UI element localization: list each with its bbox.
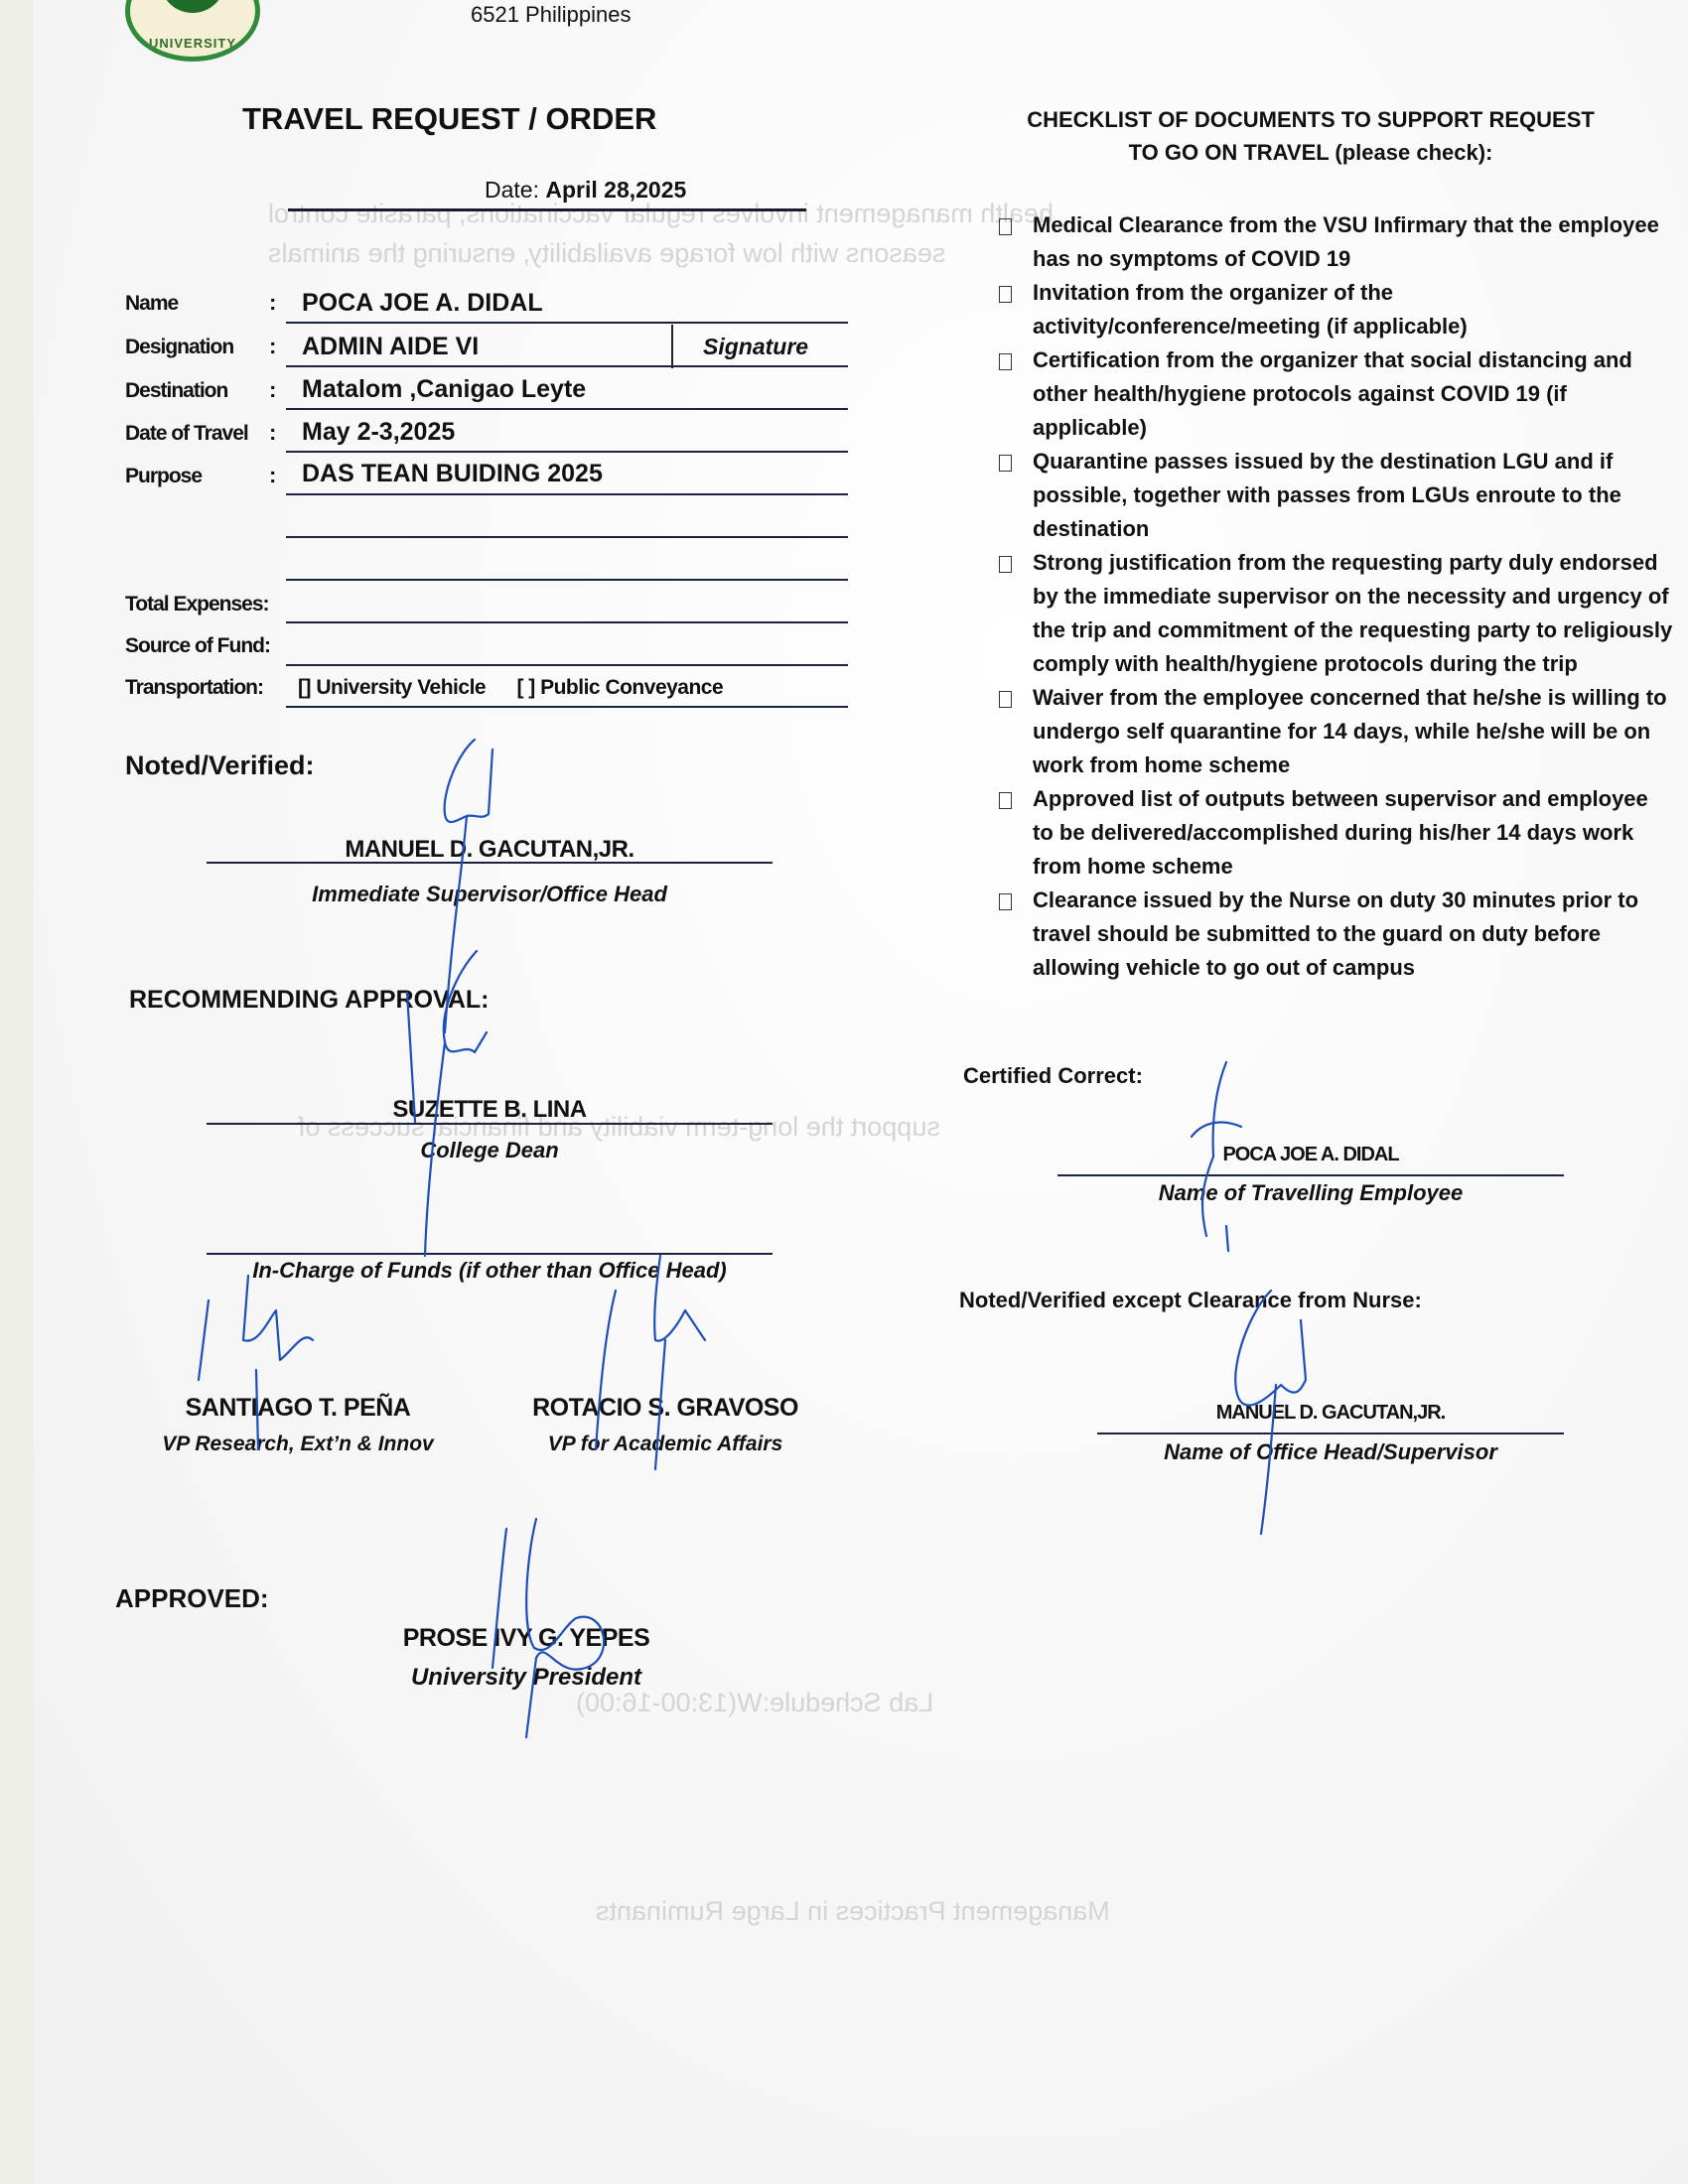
noted-verified-heading: Noted/Verified: [125,751,315,781]
dean-signature-line[interactable] [207,1123,773,1125]
office-head-signature-line[interactable] [1097,1433,1564,1434]
vp-research-signature-icon [189,1271,328,1459]
employee-name: POCA JOE A. DIDAL [1057,1144,1564,1166]
president-role: University President [377,1664,675,1692]
funds-incharge-role: In-Charge of Funds (if other than Office… [207,1258,773,1284]
university-vehicle-checkbox[interactable]: [] University Vehicle [298,676,486,699]
public-conveyance-checkbox[interactable]: [ ] Public Conveyance [516,676,723,699]
noted-except-nurse-heading: Noted/Verified except Clearance from Nur… [959,1288,1422,1313]
destination-value[interactable]: Matalom ,Canigao Leyte [302,375,586,404]
office-head-role: Name of Office Head/Supervisor [1097,1439,1564,1465]
office-head-name: MANUEL D. GACUTAN,JR. [1097,1402,1564,1425]
signature-label: Signature [703,334,808,360]
checklist-item-justification[interactable]: Strong justification from the requesting… [999,546,1674,681]
header-address: 6521 Philippines [471,2,631,28]
certified-correct-heading: Certified Correct: [963,1063,1143,1089]
date-of-travel-label: Date of Travel [125,422,248,446]
supervisor-role: Immediate Supervisor/Office Head [207,882,773,907]
transportation-underline [286,706,848,708]
signature-divider [671,325,673,368]
supervisor-name: MANUEL D. GACUTAN,JR. [207,836,773,864]
checkbox-icon[interactable] [999,353,1012,370]
destination-label: Destination [125,379,227,403]
employee-role: Name of Travelling Employee [1057,1180,1564,1206]
seal-text: UNIVERSITY [149,36,236,51]
colon: : [269,290,276,316]
source-of-fund-underline [286,664,848,666]
recommending-approval-heading: RECOMMENDING APPROVAL: [129,986,490,1015]
colon: : [269,420,276,446]
source-of-fund-label: Source of Fund: [125,634,270,658]
colon: : [269,377,276,403]
purpose-underline-2 [286,536,848,538]
date-of-travel-value[interactable]: May 2-3,2025 [302,418,455,447]
checkbox-icon[interactable] [999,792,1012,809]
transportation-options: [] University Vehicle [ ] Public Conveya… [298,676,749,700]
colon: : [269,463,276,488]
checkbox-icon[interactable] [999,455,1012,472]
checkbox-icon[interactable] [999,691,1012,708]
supervisor-signature-line[interactable] [207,862,773,864]
checklist-item-certification[interactable]: Certification from the organizer that so… [999,343,1674,445]
checklist-item-medical-clearance[interactable]: Medical Clearance from the VSU Infirmary… [999,208,1674,276]
vp-academic-role: VP for Academic Affairs [506,1433,824,1456]
destination-underline [286,408,848,410]
name-underline [286,322,848,324]
purpose-label: Purpose [125,465,202,488]
form-title: TRAVEL REQUEST / ORDER [242,101,656,137]
employee-signature-icon [1172,1057,1251,1276]
purpose-underline [286,493,848,495]
checklist-item-nurse-clearance[interactable]: Clearance issued by the Nurse on duty 30… [999,884,1674,985]
date-field[interactable]: Date: April 28,2025 [485,177,686,204]
total-expenses-underline [286,621,848,623]
bleed-through-text: Lab Schedule:W(13:00-16:00) [576,1688,933,1718]
name-label: Name [125,292,178,316]
travel-request-document: health management involves regular vacci… [0,0,1688,2184]
funds-signature-line[interactable] [207,1253,773,1255]
dean-role: College Dean [207,1138,773,1163]
scan-edge [0,0,34,2184]
vp-academic-name: ROTACIO S. GRAVOSO [506,1394,824,1423]
designation-value[interactable]: ADMIN AIDE VI [302,333,479,361]
president-name: PROSE IVY G. YEPES [377,1624,675,1653]
colon: : [269,334,276,359]
total-expenses-label: Total Expenses: [125,593,269,616]
approved-heading: APPROVED: [115,1583,269,1614]
checklist-title-line2: TO GO ON TRAVEL (please check): [993,136,1628,169]
checkbox-icon[interactable] [999,893,1012,910]
checklist-item-waiver[interactable]: Waiver from the employee concerned that … [999,681,1674,782]
checklist-title: CHECKLIST OF DOCUMENTS TO SUPPORT REQUES… [993,103,1628,169]
seal-emblem-icon [160,0,225,13]
purpose-value[interactable]: DAS TEAN BUIDING 2025 [302,460,603,488]
bleed-through-text: seasons with low forage availability, en… [268,238,945,269]
checklist-item-quarantine-passes[interactable]: Quarantine passes issued by the destinat… [999,445,1674,546]
checklist-title-line1: CHECKLIST OF DOCUMENTS TO SUPPORT REQUES… [993,103,1628,136]
checkbox-icon[interactable] [999,218,1012,235]
checkbox-icon[interactable] [999,286,1012,303]
designation-label: Designation [125,336,233,359]
vp-research-name: SANTIAGO T. PEÑA [139,1394,457,1423]
date-of-travel-underline [286,451,848,453]
date-label: Date: [485,177,539,203]
bleed-through-text: Management Practices in Large Ruminants [596,1896,1110,1927]
document-checklist: Medical Clearance from the VSU Infirmary… [999,208,1674,985]
checklist-item-invitation[interactable]: Invitation from the organizer of the act… [999,276,1674,343]
transportation-label: Transportation: [125,676,263,700]
purpose-underline-3 [286,579,848,581]
date-value: April 28,2025 [545,177,686,203]
checkbox-icon[interactable] [999,556,1012,573]
dean-name: SUZETTE B. LINA [207,1096,773,1124]
designation-underline [286,365,848,367]
checklist-item-approved-outputs[interactable]: Approved list of outputs between supervi… [999,782,1674,884]
name-value[interactable]: POCA JOE A. DIDAL [302,289,543,318]
vp-research-role: VP Research, Ext’n & Innov [129,1433,467,1456]
university-seal-logo: UNIVERSITY [125,0,260,62]
employee-signature-line[interactable] [1057,1174,1564,1176]
